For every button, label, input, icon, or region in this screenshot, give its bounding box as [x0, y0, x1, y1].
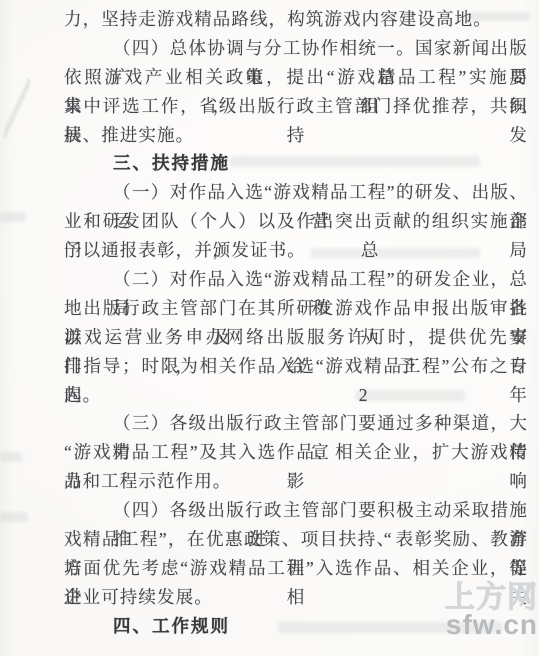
- text-line: 方面优先考虑“游戏精品工程”入选作品、相关企业，促进相关: [64, 554, 528, 583]
- text-line: 集中评选工作，省级出版行政主管部门择优推荐，共同扶持发: [64, 92, 528, 121]
- text-line: 门指导；时限为相关作品入选“游戏精品工程”公布之日起 2 年: [64, 352, 528, 381]
- text-line: 戏精品工程”，在优惠政策、项目扶持、表彰奖励、教育培训等: [64, 525, 528, 554]
- watermark: 上方网 sfw.cn: [445, 583, 538, 639]
- bleed-through-mark: [0, 452, 22, 462]
- text-line: “游戏精品工程”及其入选作品、相关企业，扩大游戏精品影响: [64, 438, 528, 467]
- text-line: （二）对作品入选“游戏精品工程”的研发企业，总局和各: [64, 265, 528, 294]
- text-line: （一）对作品入选“游戏精品工程”的研发、出版、运营企: [64, 178, 528, 207]
- text-line: 依照游戏产业相关政策，提出“游戏精品工程”实施要求，组织: [64, 63, 528, 92]
- text-line: 业和研发团队（个人）以及作出突出贡献的组织实施部门，总局: [64, 207, 528, 236]
- text-line: （四）总体协调与分工协作相统一。国家新闻出版广电总局: [64, 34, 528, 63]
- text-line: 游戏运营业务申办网络出版服务许可时，提供优先安排，给予专: [64, 323, 528, 352]
- bleed-through-mark: [0, 212, 26, 222]
- paper-crease: [4, 78, 30, 138]
- text-line: 力，坚持走游戏精品路线，构筑游戏内容建设高地。: [64, 5, 528, 34]
- watermark-site-url: sfw.cn: [445, 611, 538, 639]
- scanned-document-page: 力，坚持走游戏精品路线，构筑游戏内容建设高地。（四）总体协调与分工协作相统一。国…: [0, 0, 539, 656]
- text-line: （三）各级出版行政主管部门要通过多种渠道，大力宣传: [64, 409, 528, 438]
- text-line: 地出版行政主管部门在其所研发游戏作品申报出版审批以及从事: [64, 294, 528, 323]
- section-heading: 三、扶持措施: [64, 149, 528, 178]
- bleed-through-mark: [0, 512, 28, 522]
- document-body: 力，坚持走游戏精品路线，构筑游戏内容建设高地。（四）总体协调与分工协作相统一。国…: [64, 5, 528, 641]
- text-line: （四）各级出版行政主管部门要积极主动采取措施推进“游: [64, 496, 528, 525]
